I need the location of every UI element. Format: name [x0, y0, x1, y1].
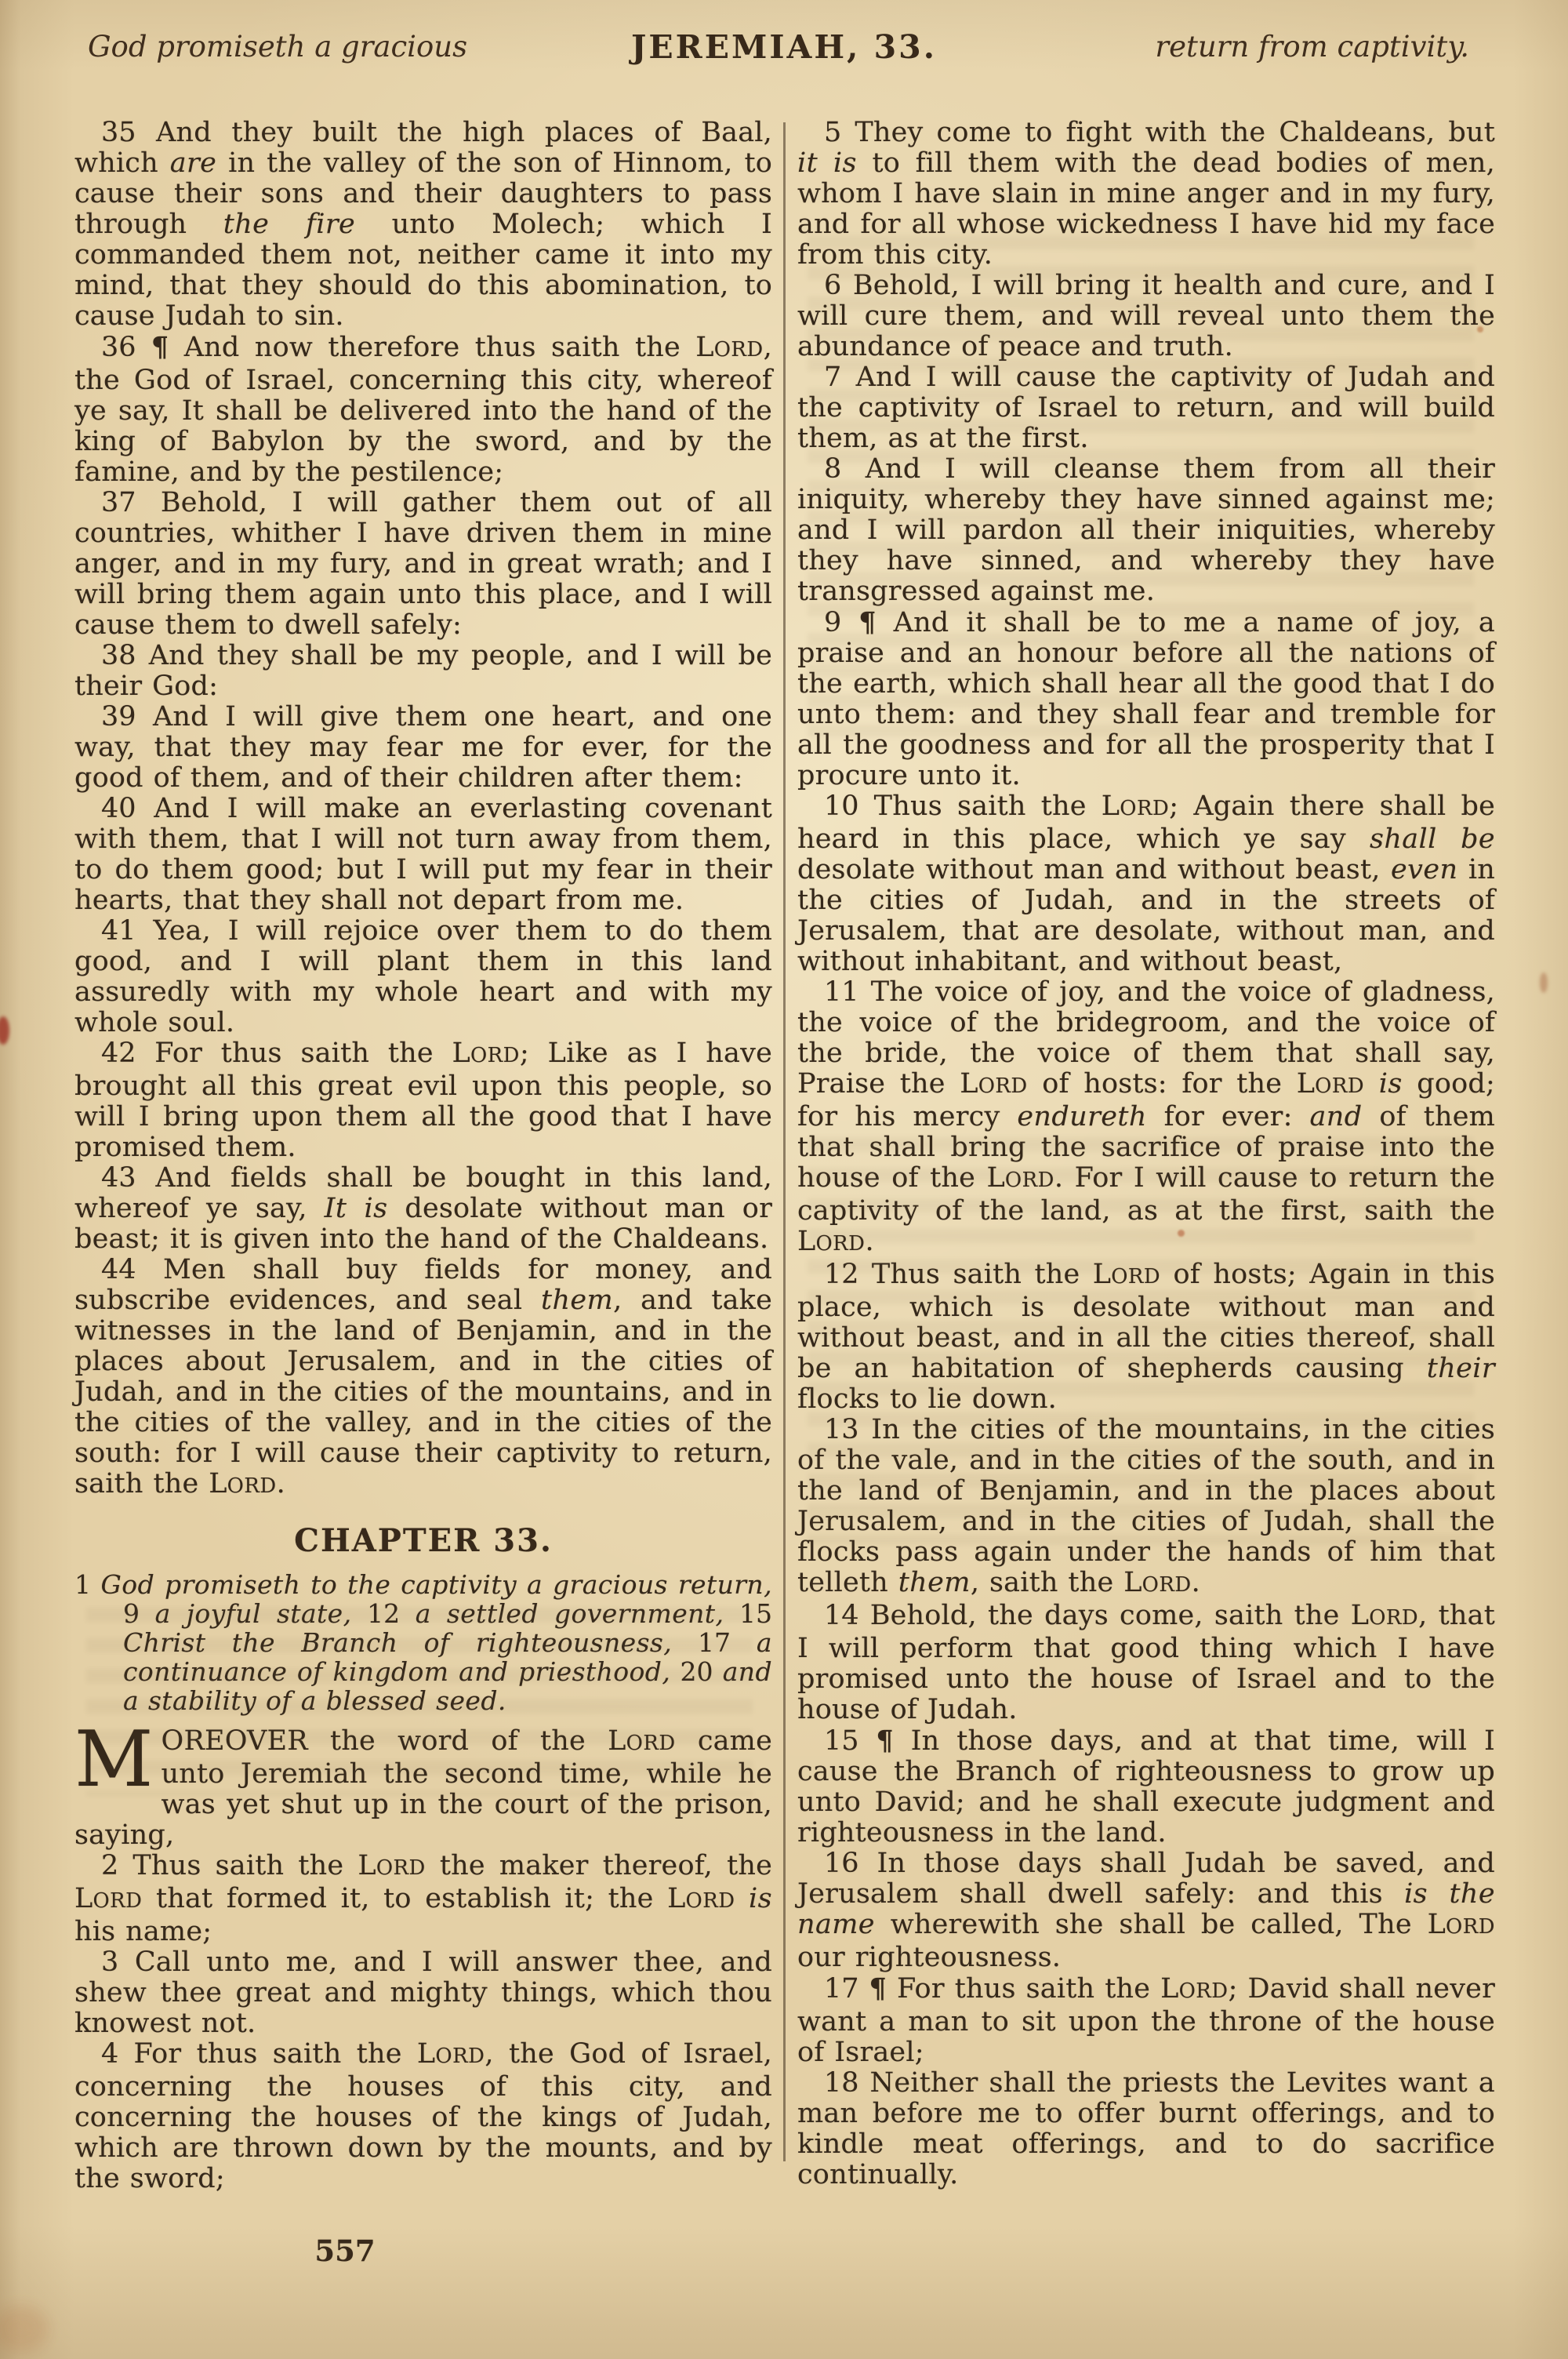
verse-number: 8 — [824, 453, 841, 485]
verse-number: 37 — [101, 487, 136, 518]
chapter-heading: CHAPTER 33. — [74, 1522, 772, 1559]
verse-number: 36 — [101, 332, 136, 363]
verse-5: 5 They come to fight with the Chaldeans,… — [797, 118, 1495, 271]
pilcrow-icon: ¶ — [151, 331, 169, 363]
verse-number: 44 — [101, 1254, 136, 1285]
verse-number: 6 — [824, 270, 841, 301]
verse-39: 39 And I will give them one heart, and o… — [74, 702, 772, 794]
verse-42: 42 For thus saith the LORD; Like as I ha… — [74, 1038, 772, 1163]
lord-smallcaps: LORD — [1160, 1973, 1228, 2005]
stain-mark — [0, 1016, 9, 1045]
verse-11: 11 The voice of joy, and the voice of gl… — [797, 977, 1495, 1259]
verse-number: 3 — [101, 1946, 118, 1978]
verse-number: 15 — [824, 1725, 859, 1757]
pilcrow-icon: ¶ — [869, 1972, 887, 2005]
lord-smallcaps: LORD — [667, 1883, 735, 1914]
verse-number: 14 — [824, 1600, 859, 1631]
stain-mark — [0, 2306, 49, 2353]
verse-12: 12 Thus saith the LORD of hosts; Again i… — [797, 1259, 1495, 1415]
verse-number: 43 — [101, 1162, 136, 1194]
verse-15: 15 ¶ In those days, and at that time, wi… — [797, 1725, 1495, 1848]
lord-smallcaps: LORD — [1428, 1909, 1495, 1940]
verse-number: 39 — [101, 701, 136, 732]
verse-3: 3 Call unto me, and I will answer thee, … — [74, 1947, 772, 2039]
verse-number: 38 — [101, 640, 136, 671]
page-number: 557 — [74, 2234, 615, 2268]
verse-40: 40 And I will make an everlasting covena… — [74, 794, 772, 916]
verse-number: 18 — [824, 2067, 859, 2099]
verse-number: 7 — [824, 362, 841, 393]
verse-1: MOREOVER the word of the LORD came unto … — [74, 1726, 772, 1851]
verse-number: 4 — [101, 2038, 118, 2070]
verse-44: 44 Men shall buy fields for money, and s… — [74, 1255, 772, 1502]
bible-page-scan: { "header": { "left": "God promiseth a g… — [0, 0, 1568, 2359]
verse-number: 35 — [101, 117, 136, 148]
verse-8: 8 And I will cleanse them from all their… — [797, 454, 1495, 607]
verse-number: 12 — [824, 1259, 859, 1290]
chapter-summary: 1 God promiseth to the captivity a graci… — [74, 1570, 772, 1715]
verse-18: 18 Neither shall the priests the Levites… — [797, 2068, 1495, 2190]
verse-37: 37 Behold, I will gather them out of all… — [74, 488, 772, 641]
verse-43: 43 And fields shall be bought in this la… — [74, 1163, 772, 1255]
lord-smallcaps: LORD — [74, 1883, 142, 1914]
verse-number: 16 — [824, 1848, 859, 1879]
lord-smallcaps: LORD — [452, 1038, 520, 1069]
lord-smallcaps: LORD — [358, 1850, 425, 1881]
verse-41: 41 Yea, I will rejoice over them to do t… — [74, 916, 772, 1038]
running-head: God promiseth a gracious JEREMIAH, 33. r… — [0, 30, 1568, 69]
verse-6: 6 Behold, I will bring it health and cur… — [797, 271, 1495, 362]
verse-36: 36 ¶ And now therefore thus saith the LO… — [74, 332, 772, 488]
verses-chapter-33: MOREOVER the word of the LORD came unto … — [74, 1726, 772, 2194]
lord-smallcaps: LORD — [417, 2038, 485, 2070]
lord-smallcaps: LORD — [986, 1162, 1054, 1194]
stain-mark — [1540, 972, 1548, 993]
lord-smallcaps: LORD — [1123, 1567, 1191, 1598]
verse-number: 42 — [101, 1038, 136, 1069]
lord-smallcaps: LORD — [960, 1068, 1027, 1100]
verse-2: 2 Thus saith the LORD the maker thereof,… — [74, 1851, 772, 1947]
verse-14: 14 Behold, the days come, saith the LORD… — [797, 1601, 1495, 1725]
column-divider-rule — [783, 122, 786, 2161]
lord-smallcaps: LORD — [695, 332, 763, 363]
verse-number: 9 — [824, 607, 841, 638]
verse-number: 17 — [824, 1973, 859, 2005]
verses-chapter-32: 35 And they built the high places of Baa… — [74, 118, 772, 1502]
lord-smallcaps: LORD — [608, 1725, 675, 1757]
verse-number: 5 — [824, 117, 841, 148]
running-head-right: return from captivity. — [1155, 30, 1469, 64]
text-columns: 35 And they built the high places of Baa… — [74, 118, 1497, 2194]
lord-smallcaps: LORD — [209, 1468, 276, 1499]
lord-smallcaps: LORD — [1297, 1068, 1364, 1100]
verse-number: 2 — [101, 1850, 118, 1881]
verse-17: 17 ¶ For thus saith the LORD; David shal… — [797, 1973, 1495, 2068]
pilcrow-icon: ¶ — [876, 1725, 893, 1757]
lord-smallcaps: LORD — [1351, 1600, 1418, 1631]
verse-13: 13 In the cities of the mountains, in th… — [797, 1415, 1495, 1601]
right-column: 5 They come to fight with the Chaldeans,… — [797, 118, 1495, 2194]
verse-number: 11 — [824, 976, 859, 1008]
verse-7: 7 And I will cause the captivity of Juda… — [797, 362, 1495, 454]
verse-9: 9 ¶ And it shall be to me a name of joy,… — [797, 607, 1495, 791]
lord-smallcaps: LORD — [1102, 791, 1169, 822]
verse-10: 10 Thus saith the LORD; Again there shal… — [797, 791, 1495, 977]
pilcrow-icon: ¶ — [858, 606, 876, 638]
verse-35: 35 And they built the high places of Baa… — [74, 118, 772, 332]
verse-number: 41 — [101, 915, 136, 947]
drop-cap-letter: M — [74, 1729, 154, 1790]
verses-chapter-33-continued: 5 They come to fight with the Chaldeans,… — [797, 118, 1495, 2190]
lord-smallcaps: LORD — [797, 1226, 865, 1257]
verse-number: 10 — [824, 791, 859, 822]
verse-4: 4 For thus saith the LORD, the God of Is… — [74, 2039, 772, 2194]
verse-number: 40 — [101, 793, 136, 824]
verse-number: 13 — [824, 1414, 859, 1445]
verse-38: 38 And they shall be my people, and I wi… — [74, 641, 772, 702]
left-column: 35 And they built the high places of Baa… — [74, 118, 772, 2194]
lord-smallcaps: LORD — [1093, 1259, 1160, 1290]
verse-16: 16 In those days shall Judah be saved, a… — [797, 1848, 1495, 1973]
